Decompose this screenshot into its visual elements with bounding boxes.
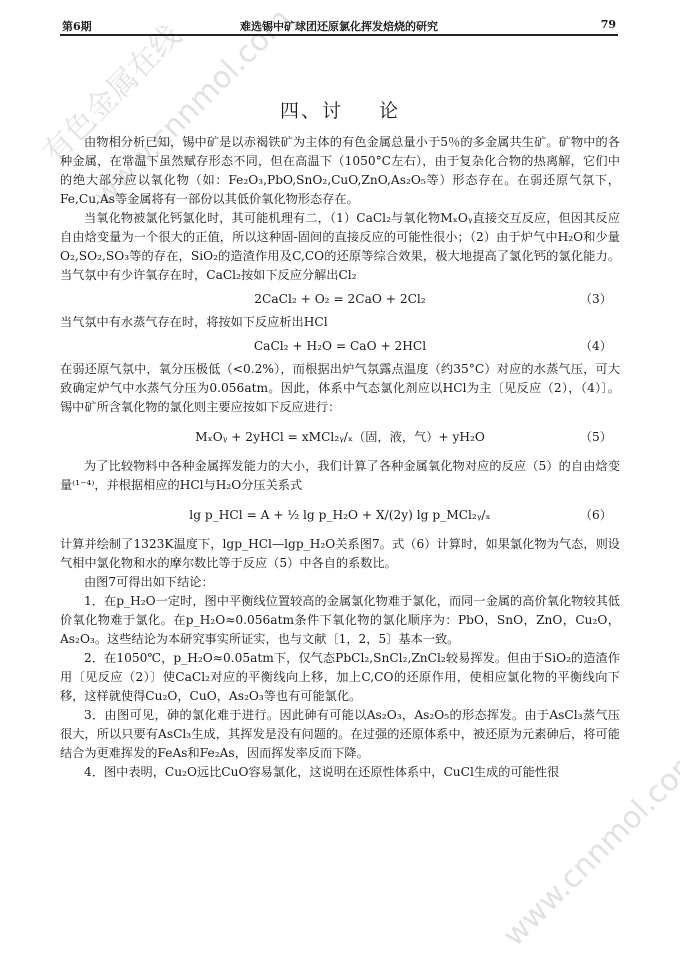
section-title-part2: 论 <box>379 100 400 122</box>
equation: MₓOᵧ + 2yHCl = xMCl₂ᵧ/ₓ（固，液，气）+ yH₂O （5） <box>60 417 620 457</box>
section-title-part1: 四、讨 <box>280 100 343 122</box>
conclusion-item: 1．在p_H₂O一定时，图中平衡线位置较高的金属氯化物难于氯化，而同一金属的高价… <box>60 592 620 649</box>
equation-formula: CaCl₂ + H₂O = CaO + 2HCl <box>60 332 620 360</box>
paragraph: 当氧化物被氯化钙氯化时，其可能机理有二，（1）CaCl₂与氧化物MₓOᵧ直接交互… <box>60 209 620 285</box>
paragraph: 由图7可得出如下结论： <box>60 573 620 592</box>
equation: lg p_HCl = A + ½ lg p_H₂O + X/(2y) lg p_… <box>60 495 620 535</box>
equation-number: （5） <box>580 417 612 457</box>
conclusion-item: 2．在1050℃，p_H₂O≈0.05atm下，仅气态PbCl₂,SnCl₂,Z… <box>60 649 620 706</box>
equation-number: （4） <box>580 332 612 360</box>
equation-formula: MₓOᵧ + 2yHCl = xMCl₂ᵧ/ₓ（固，液，气）+ yH₂O <box>60 417 620 457</box>
conclusion-item: 3．由图可见，砷的氯化难于进行。因此砷有可能以As₂O₃，As₂O₅的形态挥发。… <box>60 706 620 763</box>
equation-formula: 2CaCl₂ + O₂ = 2CaO + 2Cl₂ <box>60 285 620 313</box>
article-body: 由物相分析已知，锡中矿是以赤褐铁矿为主体的有色金属总量小于5％的多金属共生矿。矿… <box>60 133 620 782</box>
conclusion-item: 4．图中表明，Cu₂O远比CuO容易氯化，这说明在还原性体系中，CuCl生成的可… <box>60 763 620 782</box>
equation: CaCl₂ + H₂O = CaO + 2HCl （4） <box>60 332 620 360</box>
equation-number: （3） <box>580 285 612 313</box>
running-header: 第6期 难选锡中矿球团还原氯化挥发焙烧的研究 79 <box>60 12 618 36</box>
paragraph: 在弱还原气氛中，氧分压极低（<0.2%），而根据出炉气氛露点温度（约35°C）对… <box>60 360 620 417</box>
paragraph: 为了比较物料中各种金属挥发能力的大小，我们计算了各种金属氧化物对应的反应（5）的… <box>60 457 620 495</box>
paragraph: 当气氛中有水蒸气存在时，将按如下反应析出HCl <box>60 313 620 332</box>
paragraph: 计算并绘制了1323K温度下，lgp_HCl—lgp_H₂O关系图7。式（6）计… <box>60 535 620 573</box>
page-number: 79 <box>601 18 616 31</box>
section-title: 四、讨论 <box>0 96 680 123</box>
paragraph: 由物相分析已知，锡中矿是以赤褐铁矿为主体的有色金属总量小于5％的多金属共生矿。矿… <box>60 133 620 209</box>
equation-number: （6） <box>580 495 612 535</box>
running-title: 难选锡中矿球团还原氯化挥发焙烧的研究 <box>60 18 618 34</box>
equation-formula: lg p_HCl = A + ½ lg p_H₂O + X/(2y) lg p_… <box>60 495 620 535</box>
equation: 2CaCl₂ + O₂ = 2CaO + 2Cl₂ （3） <box>60 285 620 313</box>
